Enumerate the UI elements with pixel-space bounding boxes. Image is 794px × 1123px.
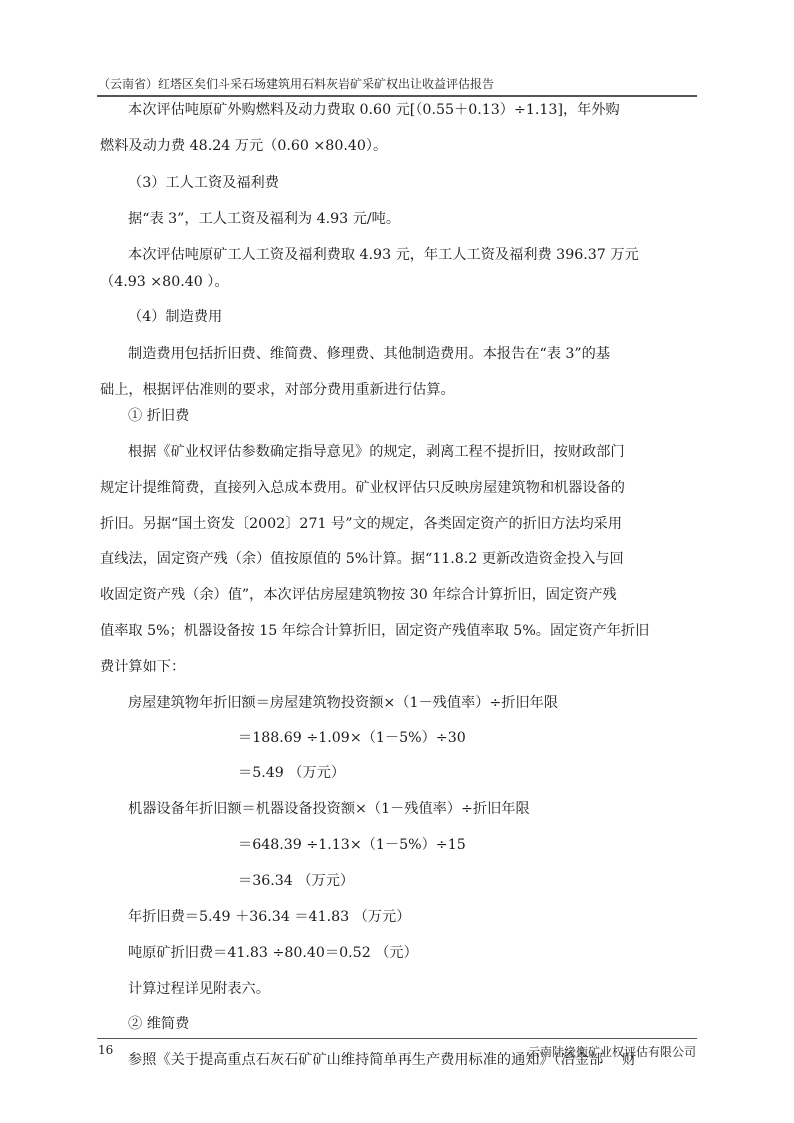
text-line: ② 维简费 xyxy=(128,1014,189,1034)
page-header: （云南省）红塔区矣们斗采石场建筑用石料灰岩矿采矿权出让收益评估报告 xyxy=(98,76,696,92)
text-line: ＝648.39 ÷1.13×（1－5%）÷15 xyxy=(238,835,466,855)
text-line: ＝36.34 （万元） xyxy=(238,871,354,891)
text-line: 房屋建筑物年折旧额＝房屋建筑物投资额×（1－残值率）÷折旧年限 xyxy=(128,693,558,713)
text-line: （4）制造费用 xyxy=(128,307,222,327)
text-line: 折旧。另据“国土资发〔2002〕271 号”文的规定，各类固定资产的折旧方法均采… xyxy=(100,514,622,534)
text-line: 本次评估吨原矿工人工资及福利费取 4.93 元，年工人工资及福利费 396.37… xyxy=(128,245,639,265)
footer-divider xyxy=(97,1038,697,1039)
text-line: ＝5.49 （万元） xyxy=(238,763,345,783)
text-line: ① 折旧费 xyxy=(128,406,189,426)
text-line: 直线法，固定资产残（余）值按原值的 5%计算。据“11.8.2 更新改造资金投入… xyxy=(100,549,624,569)
text-line: 规定计提维简费，直接列入总成本费用。矿业权评估只反映房屋建筑物和机器设备的 xyxy=(100,478,625,498)
text-line: 收固定资产残（余）值”，本次评估房屋建筑物按 30 年综合计算折旧，固定资产残 xyxy=(100,585,617,605)
page-number: 16 xyxy=(98,1043,113,1057)
text-line: 年折旧费＝5.49 ＋36.34 ＝41.83 （万元） xyxy=(128,907,410,927)
text-line: 本次评估吨原矿外购燃料及动力费取 0.60 元[（0.55＋0.13）÷1.13… xyxy=(128,100,620,120)
header-divider xyxy=(97,95,697,97)
text-line: 费计算如下： xyxy=(100,657,185,677)
text-line: （3）工人工资及福利费 xyxy=(128,173,279,193)
text-line: ＝188.69 ÷1.09×（1－5%）÷30 xyxy=(238,728,466,748)
text-line: 制造费用包括折旧费、维简费、修理费、其他制造费用。本报告在“表 3”的基 xyxy=(128,344,610,364)
text-line: 根据《矿业权评估参数确定指导意见》的规定，剥离工程不提折旧，按财政部门 xyxy=(128,442,625,462)
text-line: 机器设备年折旧额＝机器设备投资额×（1－残值率）÷折旧年限 xyxy=(128,799,530,819)
text-line: 础上，根据评估准则的要求，对部分费用重新进行估算。 xyxy=(100,380,455,400)
text-line: 燃料及动力费 48.24 万元（0.60 ×80.40）。 xyxy=(100,136,387,156)
text-line: （4.93 ×80.40 ）。 xyxy=(100,272,229,292)
text-line: 计算过程详见附表六。 xyxy=(128,979,270,999)
text-line: 据“表 3”，工人工资及福利为 4.93 元/吨。 xyxy=(128,209,400,229)
text-line: 吨原矿折旧费＝41.83 ÷80.40＝0.52 （元） xyxy=(128,943,418,963)
footer-company: 云南陆缘衡矿业权评估有限公司 xyxy=(528,1043,696,1060)
text-line: 值率取 5%；机器设备按 15 年综合计算折旧，固定资产残值率取 5%。固定资产… xyxy=(100,621,649,641)
